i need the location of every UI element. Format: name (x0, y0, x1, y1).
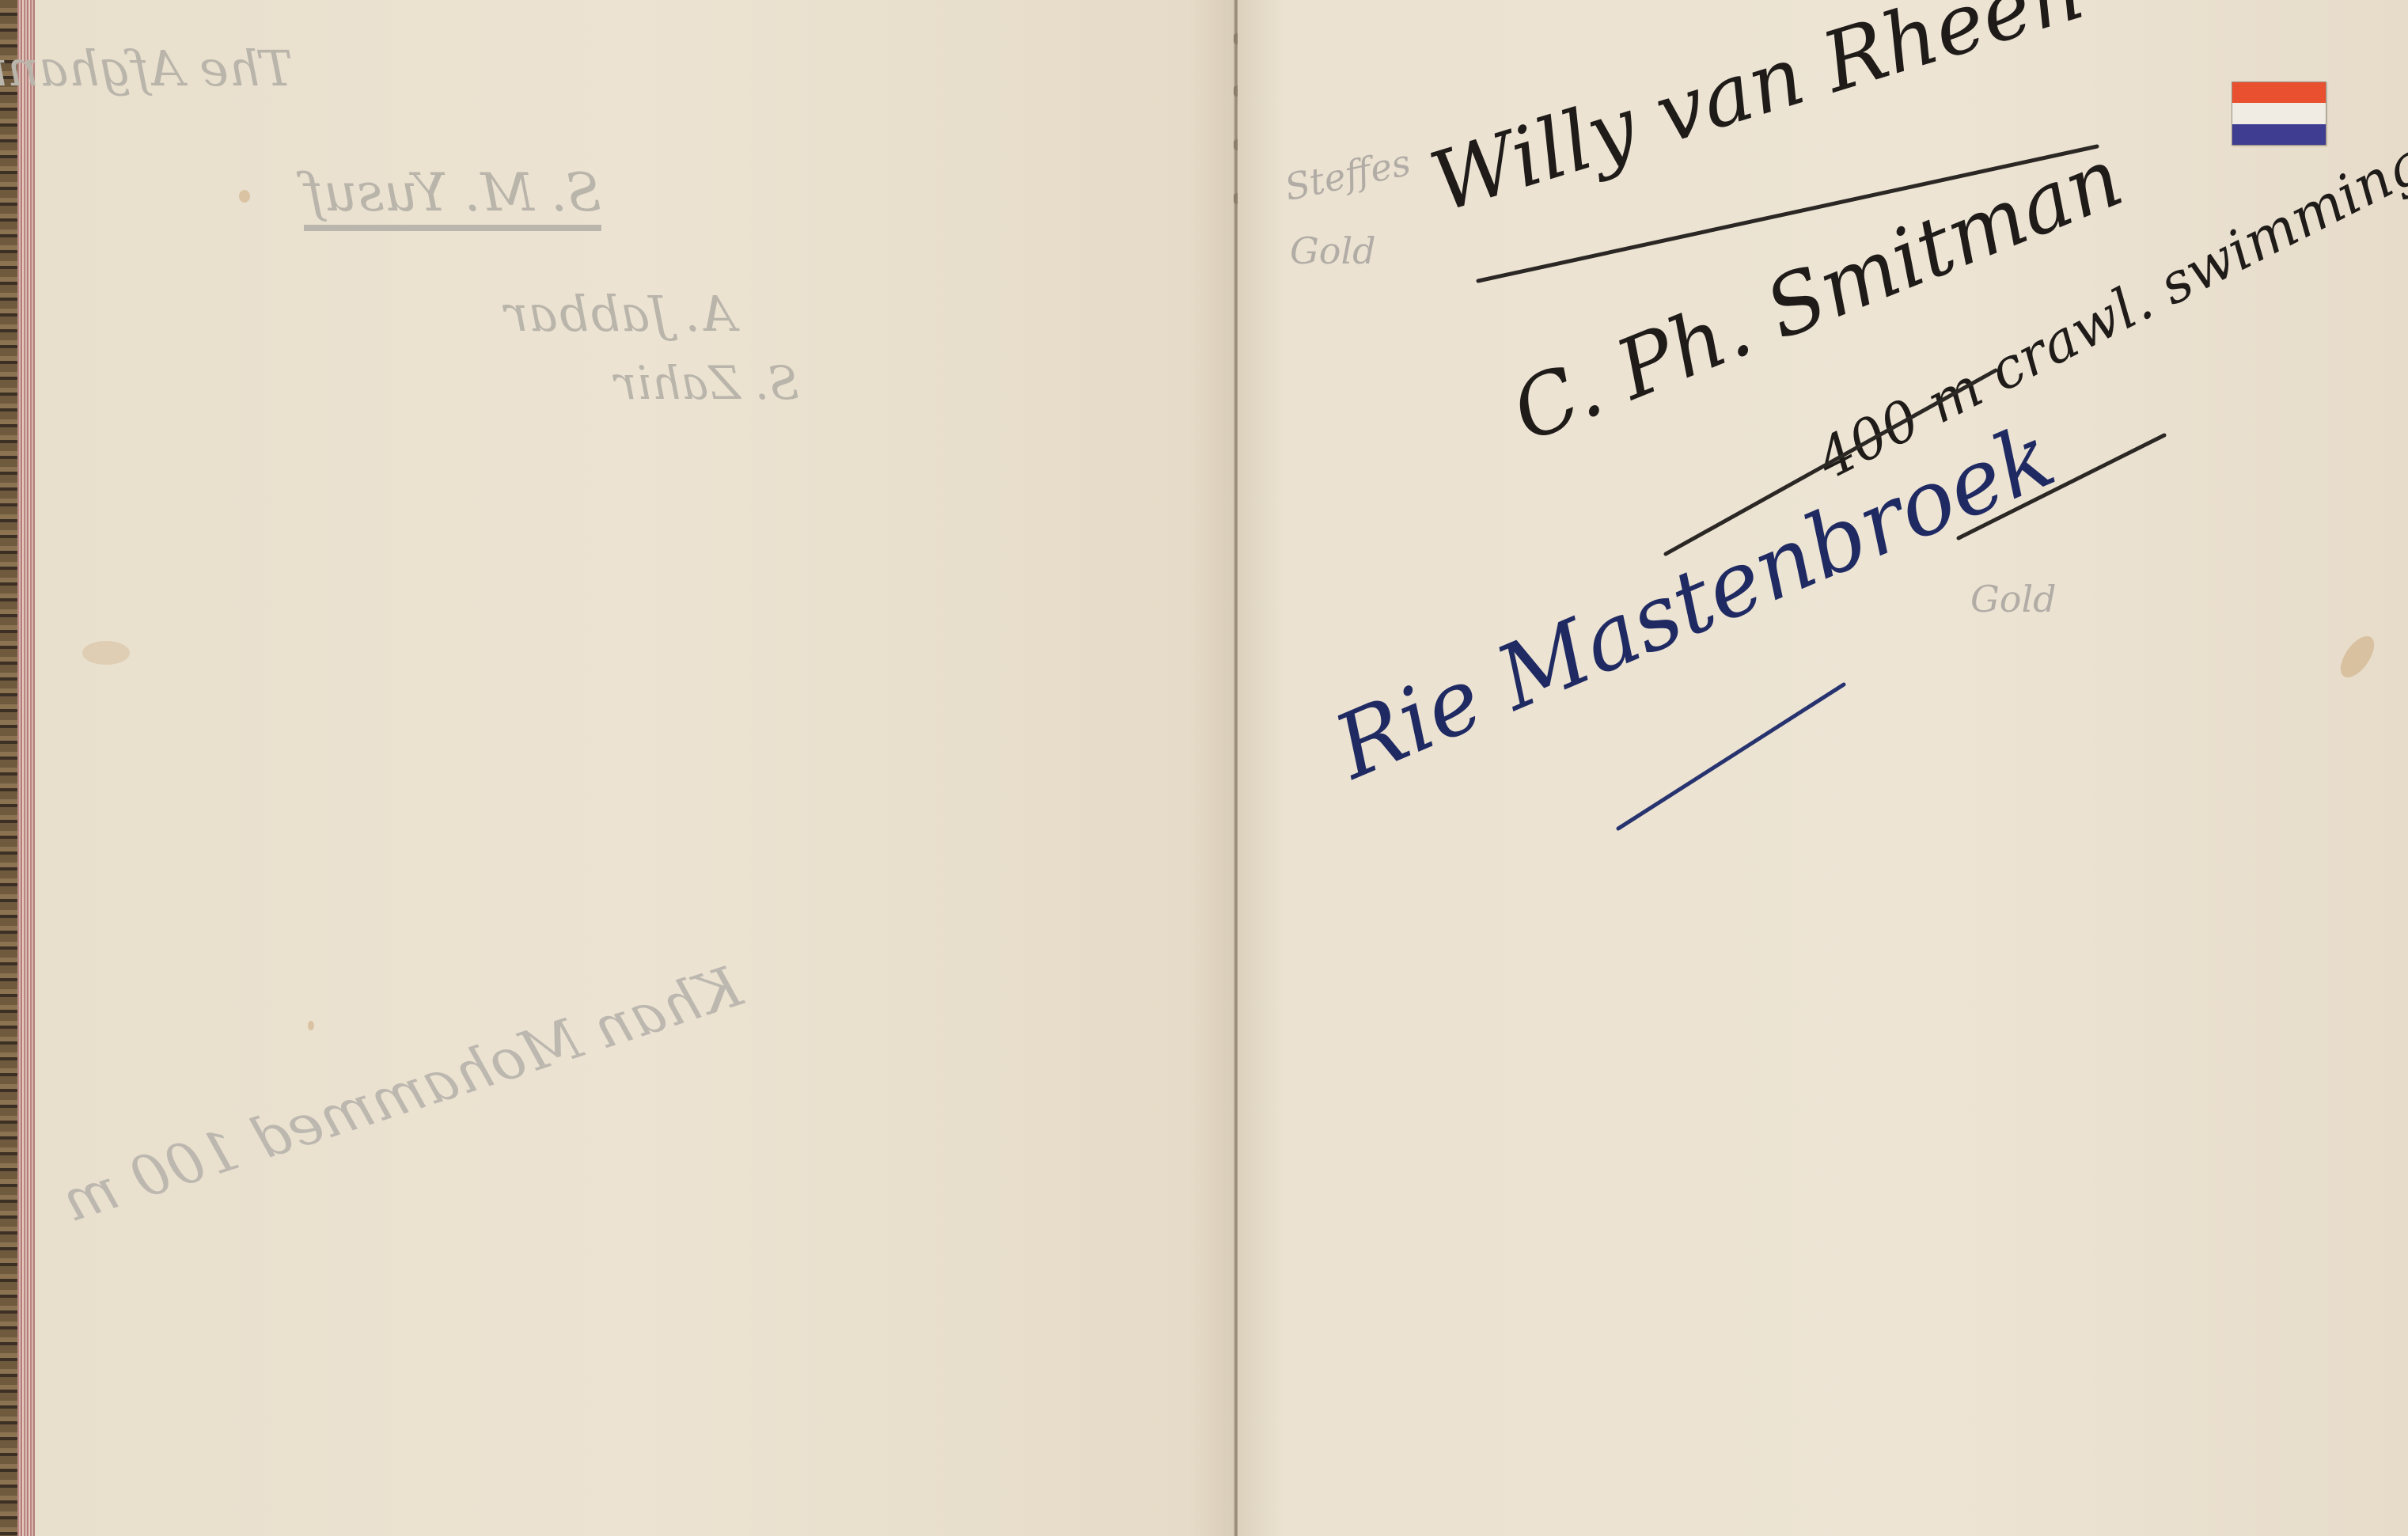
underline-strokes (0, 0, 2408, 1536)
